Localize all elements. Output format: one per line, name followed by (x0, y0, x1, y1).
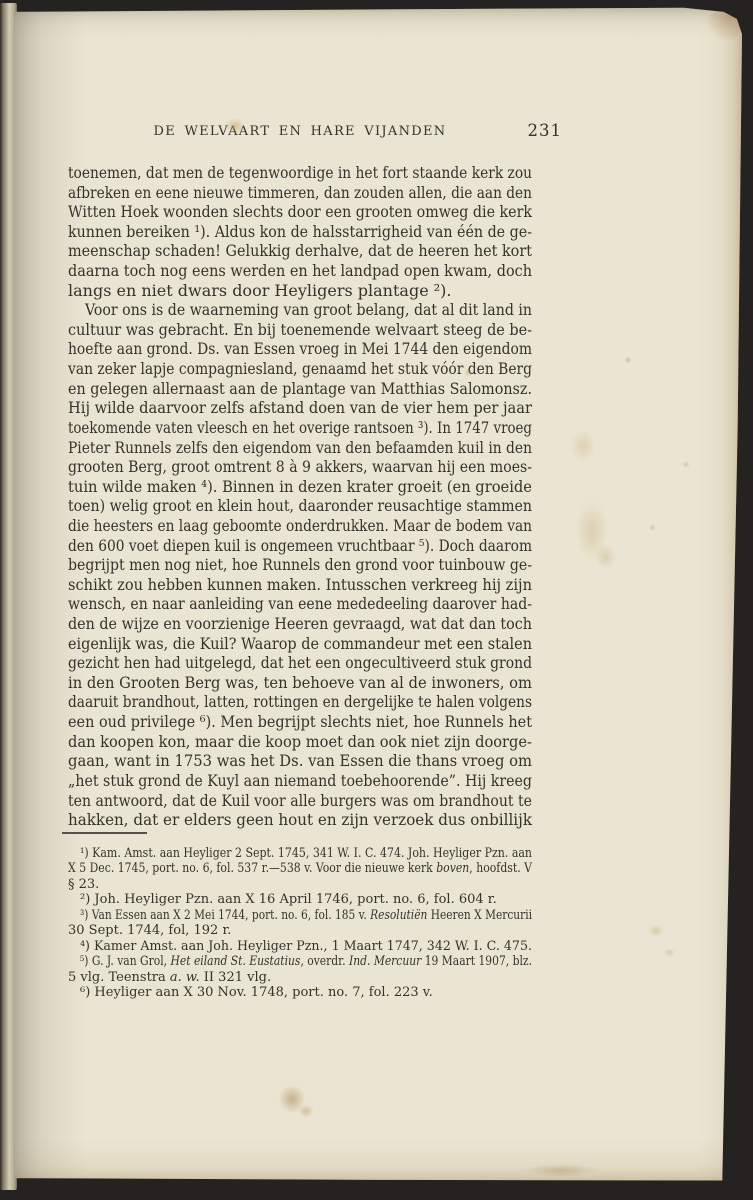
body-line: langs en niet dwars door Heyligers plant… (68, 281, 532, 301)
line-text: daaruit brandhout, latten, rottingen en … (68, 692, 532, 712)
line-text: meenschap schaden! Gelukkig derhalve, da… (68, 241, 532, 261)
body-line: begrijpt men nog niet, hoe Runnels den g… (68, 555, 532, 575)
stain-spot (575, 499, 609, 563)
footnote-line: X 5 Dec. 1745, port. no. 6, fol. 537 r.—… (68, 861, 532, 876)
line-text: die heesters en laag geboomte onderdrukk… (68, 516, 532, 536)
body-line: van zeker lapje compagniesland, genaamd … (68, 359, 532, 379)
footnote-line: ⁶) Heyliger aan X 30 Nov. 1748, port. no… (68, 985, 532, 1000)
line-text: Pieter Runnels zelfs den eigendom van de… (68, 438, 532, 458)
body-line: en gelegen allernaast aan de plantage va… (68, 379, 532, 399)
footnote: ¹) Kam. Amst. aan Heyliger 2 Sept. 1745,… (68, 846, 532, 892)
line-text: Voor ons is de waarneming van groot bela… (85, 300, 532, 320)
footnote-line: 30 Sept. 1744, fol, 192 r. (68, 923, 532, 938)
line-text: Hij wilde daarvoor zelfs afstand doen va… (68, 398, 532, 418)
footnote-line: ⁵) G. J. van Grol, Het eiland St. Eustat… (68, 954, 532, 969)
footnote: ⁵) G. J. van Grol, Het eiland St. Eustat… (68, 954, 532, 985)
footnotes: ¹) Kam. Amst. aan Heyliger 2 Sept. 1745,… (68, 846, 532, 1000)
line-text: den de wijze en voorzienige Heeren gevra… (68, 614, 532, 634)
line-text: langs en niet dwars door Heyligers plant… (68, 281, 452, 301)
page-number: 231 (528, 121, 563, 140)
body-line: schikt zou hebben kunnen maken. Intussch… (68, 575, 532, 595)
line-text: in den Grooten Berg was, ten behoeve van… (68, 673, 532, 693)
body-line: toenemen, dat men de tegenwoordige in he… (68, 163, 532, 183)
footnote-line: 5 vlg. Teenstra a. w. II 321 vlg. (68, 970, 532, 985)
footnote: ²) Joh. Heyliger Pzn. aan X 16 April 174… (68, 892, 532, 907)
line-text: wensch, en naar aanleiding van eene mede… (68, 594, 532, 614)
line-text: ³) Van Essen aan X 2 Mei 1744, port. no.… (80, 908, 532, 923)
footnote-line: ³) Van Essen aan X 2 Mei 1744, port. no.… (68, 908, 532, 923)
body-line: tuin wilde maken ⁴). Binnen in dezen kra… (68, 477, 532, 497)
line-text: ²) Joh. Heyliger Pzn. aan X 16 April 174… (80, 892, 497, 907)
line-text: ⁵) G. J. van Grol, Het eiland St. Eustat… (80, 954, 532, 969)
footnote-line: ⁴) Kamer Amst. aan Joh. Heyliger Pzn., 1… (68, 939, 532, 954)
line-text: dan koopen kon, maar die koop moet dan o… (68, 732, 532, 752)
stain-spot (682, 461, 690, 468)
line-text: „het stuk grond de Kuyl aan niemand toeb… (68, 771, 532, 791)
line-text: en gelegen allernaast aan de plantage va… (68, 379, 532, 399)
line-text: kunnen bereiken ¹). Aldus kon de halssta… (68, 222, 532, 242)
line-text: van zeker lapje compagniesland, genaamd … (68, 359, 532, 379)
line-text: hoefte aan grond. Ds. van Essen vroeg in… (68, 339, 532, 359)
body-line: den 600 voet diepen kuil is ongemeen vru… (68, 536, 532, 556)
line-text: 30 Sept. 1744, fol, 192 r. (68, 923, 231, 938)
body-line: dan koopen kon, maar die koop moet dan o… (68, 732, 532, 752)
stain-spot (649, 524, 656, 531)
body-line: grooten Berg, groot omtrent 8 à 9 akkers… (68, 457, 532, 477)
body-line: die heesters en laag geboomte onderdrukk… (68, 516, 532, 536)
body-text: toenemen, dat men de tegenwoordige in he… (68, 163, 532, 830)
line-text: Witten Hoek woonden slechts door een gro… (68, 202, 532, 222)
footnote-line: ²) Joh. Heyliger Pzn. aan X 16 April 174… (68, 892, 532, 907)
body-line: wensch, en naar aanleiding van eene mede… (68, 594, 532, 614)
line-text: ten antwoord, dat de Kuil voor alle burg… (68, 791, 532, 811)
body-line: gezicht hen had uitgelegd, dat het een o… (68, 653, 532, 673)
footnote-line: ¹) Kam. Amst. aan Heyliger 2 Sept. 1745,… (68, 846, 532, 861)
body-line: daarna toch nog eens werden en het landp… (68, 261, 532, 281)
line-text: een oud privilege ⁶). Men begrijpt slech… (68, 712, 532, 732)
body-line: ten antwoord, dat de Kuil voor alle burg… (68, 791, 532, 811)
body-line: afbreken en eene nieuwe timmeren, dan zo… (68, 183, 532, 203)
body-line: een oud privilege ⁶). Men begrijpt slech… (68, 712, 532, 732)
line-text: afbreken en eene nieuwe timmeren, dan zo… (68, 183, 532, 203)
stain-spot (595, 544, 617, 570)
body-line: kunnen bereiken ¹). Aldus kon de halssta… (68, 222, 532, 242)
body-line: toen) welig groot en klein hout, daarond… (68, 496, 532, 516)
line-text: X 5 Dec. 1745, port. no. 6, fol. 537 r.—… (68, 861, 532, 876)
line-text: grooten Berg, groot omtrent 8 à 9 akkers… (68, 457, 532, 477)
line-text: gaan, want in 1753 was het Ds. van Essen… (68, 751, 532, 771)
line-text: tuin wilde maken ⁴). Binnen in dezen kra… (68, 477, 532, 497)
paragraph: Voor ons is de waarneming van groot bela… (68, 300, 532, 829)
line-text: toen) welig groot en klein hout, daarond… (68, 496, 532, 516)
footnote: ⁴) Kamer Amst. aan Joh. Heyliger Pzn., 1… (68, 939, 532, 954)
scan-background: { "colors": { "background": "#242321", "… (0, 0, 753, 1200)
body-line: cultuur was gebracht. En bij toenemende … (68, 320, 532, 340)
footnote-line: § 23. (68, 877, 532, 892)
body-line: Hij wilde daarvoor zelfs afstand doen va… (68, 398, 532, 418)
stain-spot (525, 1164, 597, 1177)
stain-spot (298, 1104, 314, 1118)
body-line: Voor ons is de waarneming van groot bela… (68, 300, 532, 320)
stain-spot (647, 924, 665, 937)
book-page: DE WELVAART EN HARE VIJANDEN 231 toeneme… (12, 6, 742, 1184)
page-header: DE WELVAART EN HARE VIJANDEN 231 (68, 124, 532, 139)
line-text: 5 vlg. Teenstra a. w. II 321 vlg. (68, 970, 271, 985)
line-text: § 23. (68, 877, 99, 892)
paragraph: toenemen, dat men de tegenwoordige in he… (68, 163, 532, 300)
body-line: meenschap schaden! Gelukkig derhalve, da… (68, 241, 532, 261)
body-line: Pieter Runnels zelfs den eigendom van de… (68, 438, 532, 458)
stain-spot (624, 356, 632, 364)
body-line: in den Grooten Berg was, ten behoeve van… (68, 673, 532, 693)
line-text: schikt zou hebben kunnen maken. Intussch… (68, 575, 532, 595)
line-text: den 600 voet diepen kuil is ongemeen vru… (68, 536, 532, 556)
body-line: Witten Hoek woonden slechts door een gro… (68, 202, 532, 222)
line-text: ⁶) Heyliger aan X 30 Nov. 1748, port. no… (80, 985, 433, 1000)
body-line: den de wijze en voorzienige Heeren gevra… (68, 614, 532, 634)
stain-spot (570, 429, 596, 463)
line-text: ¹) Kam. Amst. aan Heyliger 2 Sept. 1745,… (80, 846, 532, 861)
body-line: toekomende vaten vleesch en het overige … (68, 418, 532, 438)
line-text: begrijpt men nog niet, hoe Runnels den g… (68, 555, 532, 575)
body-line: gaan, want in 1753 was het Ds. van Essen… (68, 751, 532, 771)
line-text: eigenlijk was, die Kuil? Waarop de comma… (68, 634, 532, 654)
line-text: toenemen, dat men de tegenwoordige in he… (68, 163, 532, 183)
line-text: toekomende vaten vleesch en het overige … (68, 418, 532, 438)
footnote: ³) Van Essen aan X 2 Mei 1744, port. no.… (68, 908, 532, 939)
line-text: daarna toch nog eens werden en het landp… (68, 261, 532, 281)
stain-spot (664, 948, 675, 957)
line-text: hakken, dat er elders geen hout en zijn … (68, 810, 532, 830)
body-line: hakken, dat er elders geen hout en zijn … (68, 810, 532, 830)
body-line: „het stuk grond de Kuyl aan niemand toeb… (68, 771, 532, 791)
body-line: hoefte aan grond. Ds. van Essen vroeg in… (68, 339, 532, 359)
line-text: cultuur was gebracht. En bij toenemende … (68, 320, 532, 340)
footnote: ⁶) Heyliger aan X 30 Nov. 1748, port. no… (68, 985, 532, 1000)
stain-spot (278, 1084, 306, 1114)
corner-browning (705, 10, 741, 42)
running-title: DE WELVAART EN HARE VIJANDEN (154, 124, 447, 139)
body-line: daaruit brandhout, latten, rottingen en … (68, 692, 532, 712)
line-text: ⁴) Kamer Amst. aan Joh. Heyliger Pzn., 1… (80, 939, 532, 954)
line-text: gezicht hen had uitgelegd, dat het een o… (68, 653, 532, 673)
footnote-divider (62, 832, 147, 834)
body-line: eigenlijk was, die Kuil? Waarop de comma… (68, 634, 532, 654)
